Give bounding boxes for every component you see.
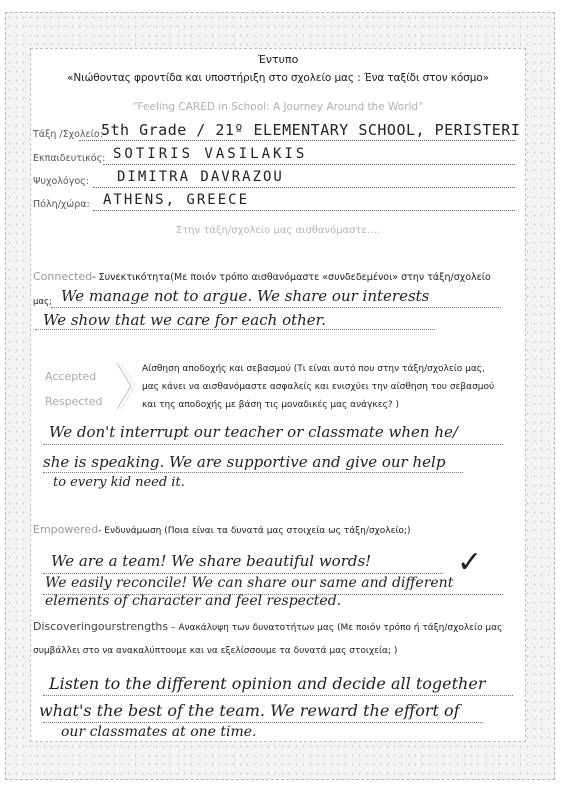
english-title: “Feeling CARED in School: A Journey Arou…	[31, 101, 525, 113]
discovering-question: Discoveringourstrengths – Ανακάλυψη των …	[33, 620, 502, 633]
field-label: Εκπαιδευτικός:	[33, 153, 105, 164]
discovering-prompt-line-2: συμβάλλει στο να ανακαλύπτουμε και να εξ…	[33, 646, 397, 656]
empowered-answer-line-2: We easily reconcile! We can share our sa…	[45, 575, 453, 591]
form-sheet: Έντυπο «Νιώθοντας φροντίδα και υποστήριξ…	[30, 48, 526, 742]
accepted-answer-line-1: We don't interrupt our teacher or classm…	[49, 423, 458, 441]
field-city-country: Πόλη/χώρα: ATHENS, GREECE	[31, 191, 525, 213]
connected-heading: Connected	[33, 270, 92, 283]
answer-line	[43, 695, 513, 696]
answer-line	[43, 722, 483, 723]
answer-line	[43, 472, 463, 473]
answer-line	[35, 329, 435, 330]
discovering-prompt-line-1: – Ανακάλυψη των δυνατοτήτων μας (Με ποιό…	[168, 623, 502, 633]
field-teacher: Εκπαιδευτικός: SOTIRIS VASILAKIS	[31, 145, 525, 167]
empowered-question: Empowered- Ενδυνάμωση (Ποια είναι τα δυν…	[33, 523, 411, 536]
empowered-heading: Empowered	[33, 523, 98, 536]
empowered-prompt: - Ενδυνάμωση (Ποια είναι τα δυνατά μας σ…	[98, 526, 410, 536]
connected-prompt: - Συνεκτικότητα(Με ποιόν τρόπο αισθανόμα…	[92, 272, 491, 283]
accepted-answer-line-3: to every kid need it.	[53, 475, 185, 490]
discovering-answer-line-2: what's the best of the team. We reward t…	[39, 701, 460, 720]
accepted-prompt-line-1: Αίσθηση αποδοχής και σεβασμού (Τι είναι …	[142, 364, 485, 374]
connected-answer-line-2: We show that we care for each other.	[43, 311, 326, 329]
answer-line	[43, 444, 503, 445]
discovering-answer-line-3: our classmates at one time.	[61, 724, 257, 740]
field-value: 5th Grade / 21º ELEMENTARY SCHOOL, PERIS…	[101, 121, 520, 139]
checkmark-icon: ✓	[457, 545, 482, 580]
form-title: Έντυπο	[31, 53, 525, 66]
field-value: ATHENS, GREECE	[103, 192, 249, 208]
accepted-answer-line-2: she is speaking. We are supportive and g…	[43, 453, 445, 471]
respected-heading: Respected	[45, 395, 103, 408]
empowered-answer-line-1: We are a team! We share beautiful words!	[51, 552, 371, 570]
field-value: SOTIRIS VASILAKIS	[113, 146, 307, 162]
field-label: Τάξη /Σχολείο:	[33, 129, 103, 140]
empowered-answer-line-3: elements of character and feel respected…	[45, 593, 341, 609]
field-psychologist: Ψυχολόγος: DIMITRA DAVRAZOU	[31, 168, 525, 190]
connected-prompt-cont: μας;	[33, 297, 52, 307]
field-label: Ψυχολόγος:	[33, 176, 89, 187]
discovering-answer-line-1: Listen to the different opinion and deci…	[49, 674, 485, 693]
field-value: DIMITRA DAVRAZOU	[117, 169, 284, 185]
form-subtitle: «Νιώθοντας φροντίδα και υποστήριξη στο σ…	[31, 72, 525, 84]
chevron-right-icon	[115, 361, 135, 411]
accepted-prompt-line-2: μας κάνει να αισθανόμαστε ασφαλείς και ε…	[142, 382, 494, 392]
answer-line	[43, 573, 443, 574]
connected-answer-line-1: We manage not to argue. We share our int…	[61, 287, 429, 305]
field-label: Πόλη/χώρα:	[33, 199, 90, 210]
section-intro: Στην τάξη/σχολείο μας αισθανόμαστε….	[31, 225, 525, 236]
discovering-heading: Discoveringourstrengths	[33, 620, 168, 633]
connected-question: Connected- Συνεκτικότητα(Με ποιόν τρόπο …	[33, 270, 491, 283]
accepted-prompt-line-3: και της αποδοχής με βάση τις μοναδικές μ…	[142, 400, 399, 410]
accepted-heading: Accepted	[45, 370, 96, 383]
answer-line	[51, 307, 501, 308]
field-class-school: Τάξη /Σχολείο: 5th Grade / 21º ELEMENTAR…	[31, 121, 525, 143]
